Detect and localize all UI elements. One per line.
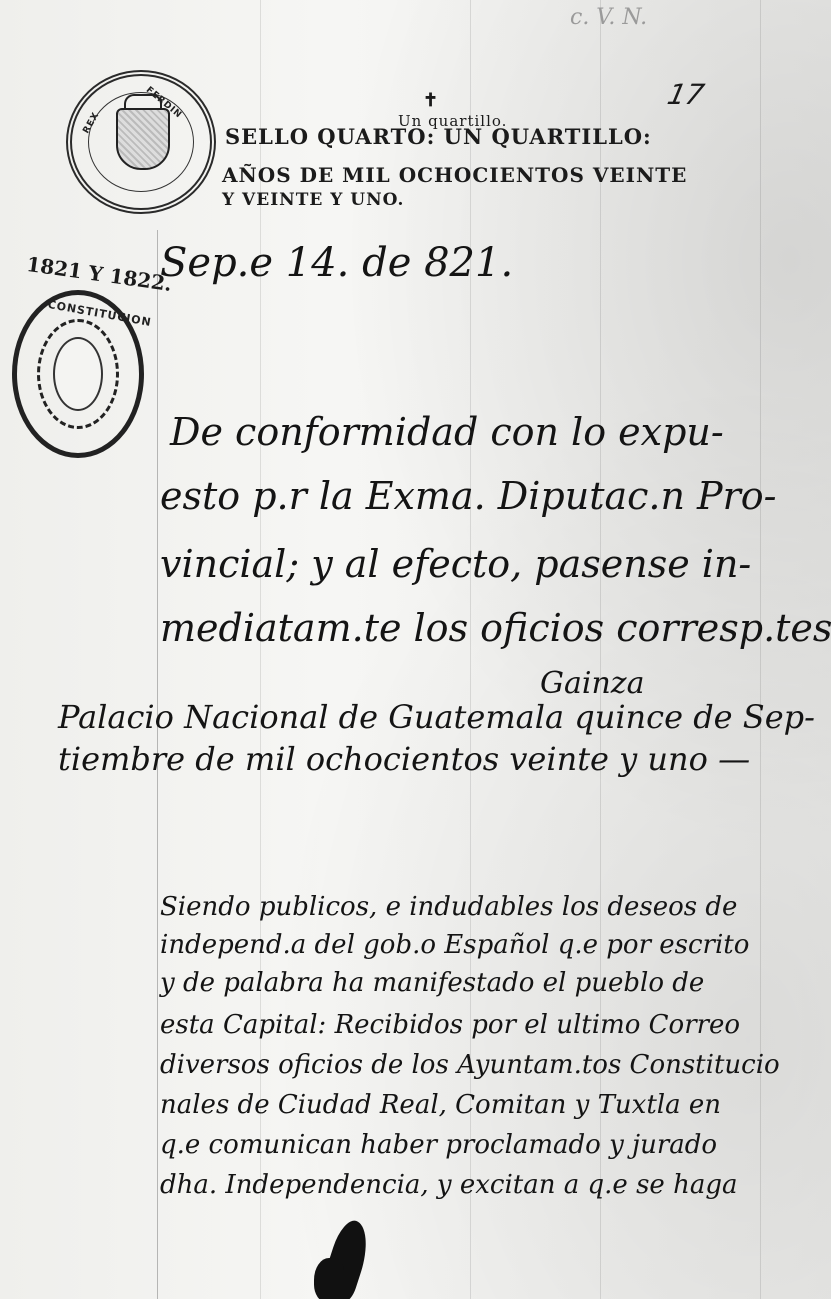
cross-icon: ✝ [423,90,439,111]
place-date-line: Palacio Nacional de Guatemala quince de … [58,698,815,736]
decree-line: vincial; y al efecto, pasense in- [160,542,751,586]
handwritten-date: Sep.e 14. de 821. [160,240,513,286]
body-line: diversos oficios de los Ayuntam.tos Cons… [160,1050,780,1080]
constitution-habilitation-seal: CONSTITUCION [12,290,144,458]
signature-gainza: Gainza [540,666,644,701]
body-line: independ.a del gob.o Español q.e por esc… [160,930,749,960]
faint-archival-mark: c. V. N. [570,5,647,30]
ink-blot [314,1258,344,1299]
body-line: dha. Independencia, y excitan a q.e se h… [160,1170,737,1200]
body-line: nales de Ciudad Real, Comitan y Tuxtla e… [160,1090,721,1120]
body-line: y de palabra ha manifestado el pueblo de [160,968,704,998]
decree-line: esto p.r la Exma. Diputac.n Pro- [160,474,776,518]
stamp-header-line-3: Y VEINTE Y UNO. [222,190,404,210]
seal-years: 1821 Y 1822. [25,252,173,296]
decree-line: De conformidad con lo expu- [170,410,724,454]
place-date-line: tiembre de mil ochocientos veinte y uno … [58,740,750,778]
stamp-header-line-1: SELLO QUARTO: UN QUARTILLO: [225,124,652,149]
shield-icon [116,108,170,170]
folio-number: 17 [664,78,707,111]
seal-center [53,337,103,411]
decree-line: mediatam.te los oficios corresp.tes — [160,606,831,650]
body-line: Siendo publicos, e indudables los deseos… [160,892,737,922]
body-line: esta Capital: Recibidos por el ultimo Co… [160,1010,740,1040]
document-page: c. V. N. 17 FERDIN REX ✝ Un quartillo. S… [0,0,831,1299]
royal-coat-of-arms-seal: FERDIN REX [66,70,216,214]
body-line: q.e comunican haber proclamado y jurado [160,1130,717,1160]
stamp-header-line-2: AÑOS DE MIL OCHOCIENTOS VEINTE [222,163,687,187]
